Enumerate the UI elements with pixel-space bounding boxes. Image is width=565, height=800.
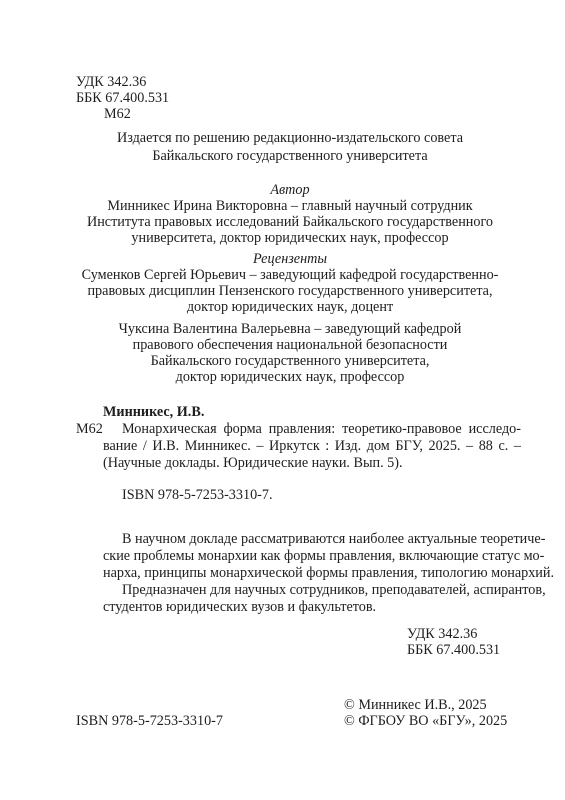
reviewer-entry: Суменков Сергей Юрьевич – заведующий каф… [60,267,520,315]
author-line: Института правовых исследований Байкальс… [60,214,520,230]
author-line: университета, доктор юридических наук, п… [60,230,520,246]
abstract-line: Предназначен для научных сотрудников, пр… [122,582,521,598]
record-isbn: ISBN 978-5-7253-3310-7. [122,487,273,503]
record-line: (Научные доклады. Юридические науки. Вып… [103,455,403,471]
reviewer-line: доктор юридических наук, профессор [60,369,520,385]
record-author-heading: Минникес, И.В. [103,404,204,420]
author-line: Минникес Ирина Викторовна – главный науч… [60,198,520,214]
reviewer-line: Чуксина Валентина Валерьевна – заведующи… [60,321,520,337]
record-line: вание / И.В. Минникес. – Иркутск : Изд. … [103,438,521,454]
author-heading: Автор [60,182,520,198]
reviewer-line: доктор юридических наук, доцент [60,299,520,315]
udk-code-bottom: УДК 342.36 [407,626,477,642]
udk-code: УДК 342.36 [76,74,146,90]
reviewer-line: правового обеспечения национальной безоп… [60,337,520,353]
abstract-line: ские проблемы монархии как формы правлен… [103,548,521,564]
copyright-publisher: © ФГБОУ ВО «БГУ», 2025 [344,713,507,729]
copyright-author: © Минникес И.В., 2025 [344,697,487,713]
author-mark: М62 [104,106,131,122]
reviewer-line: Байкальского государственного университе… [60,353,520,369]
author-section: Автор Минникес Ирина Викторовна – главны… [60,182,520,246]
record-line: Монархическая форма правления: теоретико… [122,421,521,437]
reviewers-section: Рецензенты Суменков Сергей Юрьевич – зав… [60,251,520,385]
publisher-note: Издается по решению редакционно-издатель… [60,130,520,164]
footer-isbn: ISBN 978-5-7253-3310-7 [76,713,223,729]
abstract-line: нарха, принципы монархической формы прав… [103,565,521,581]
reviewer-line: Суменков Сергей Юрьевич – заведующий каф… [60,267,520,283]
bbk-code: ББК 67.400.531 [76,90,169,106]
abstract-line: студентов юридических вузов и факультето… [103,599,376,615]
reviewers-heading: Рецензенты [60,251,520,267]
abstract-line: В научном докладе рассматриваются наибол… [122,531,521,547]
reviewer-entry: Чуксина Валентина Валерьевна – заведующи… [60,321,520,385]
bbk-code-bottom: ББК 67.400.531 [407,642,500,658]
publisher-note-line: Издается по решению редакционно-издатель… [60,130,520,146]
record-mark: М62 [76,421,103,437]
publisher-note-line: Байкальского государственного университе… [60,148,520,164]
reviewer-line: правовых дисциплин Пензенского государст… [60,283,520,299]
